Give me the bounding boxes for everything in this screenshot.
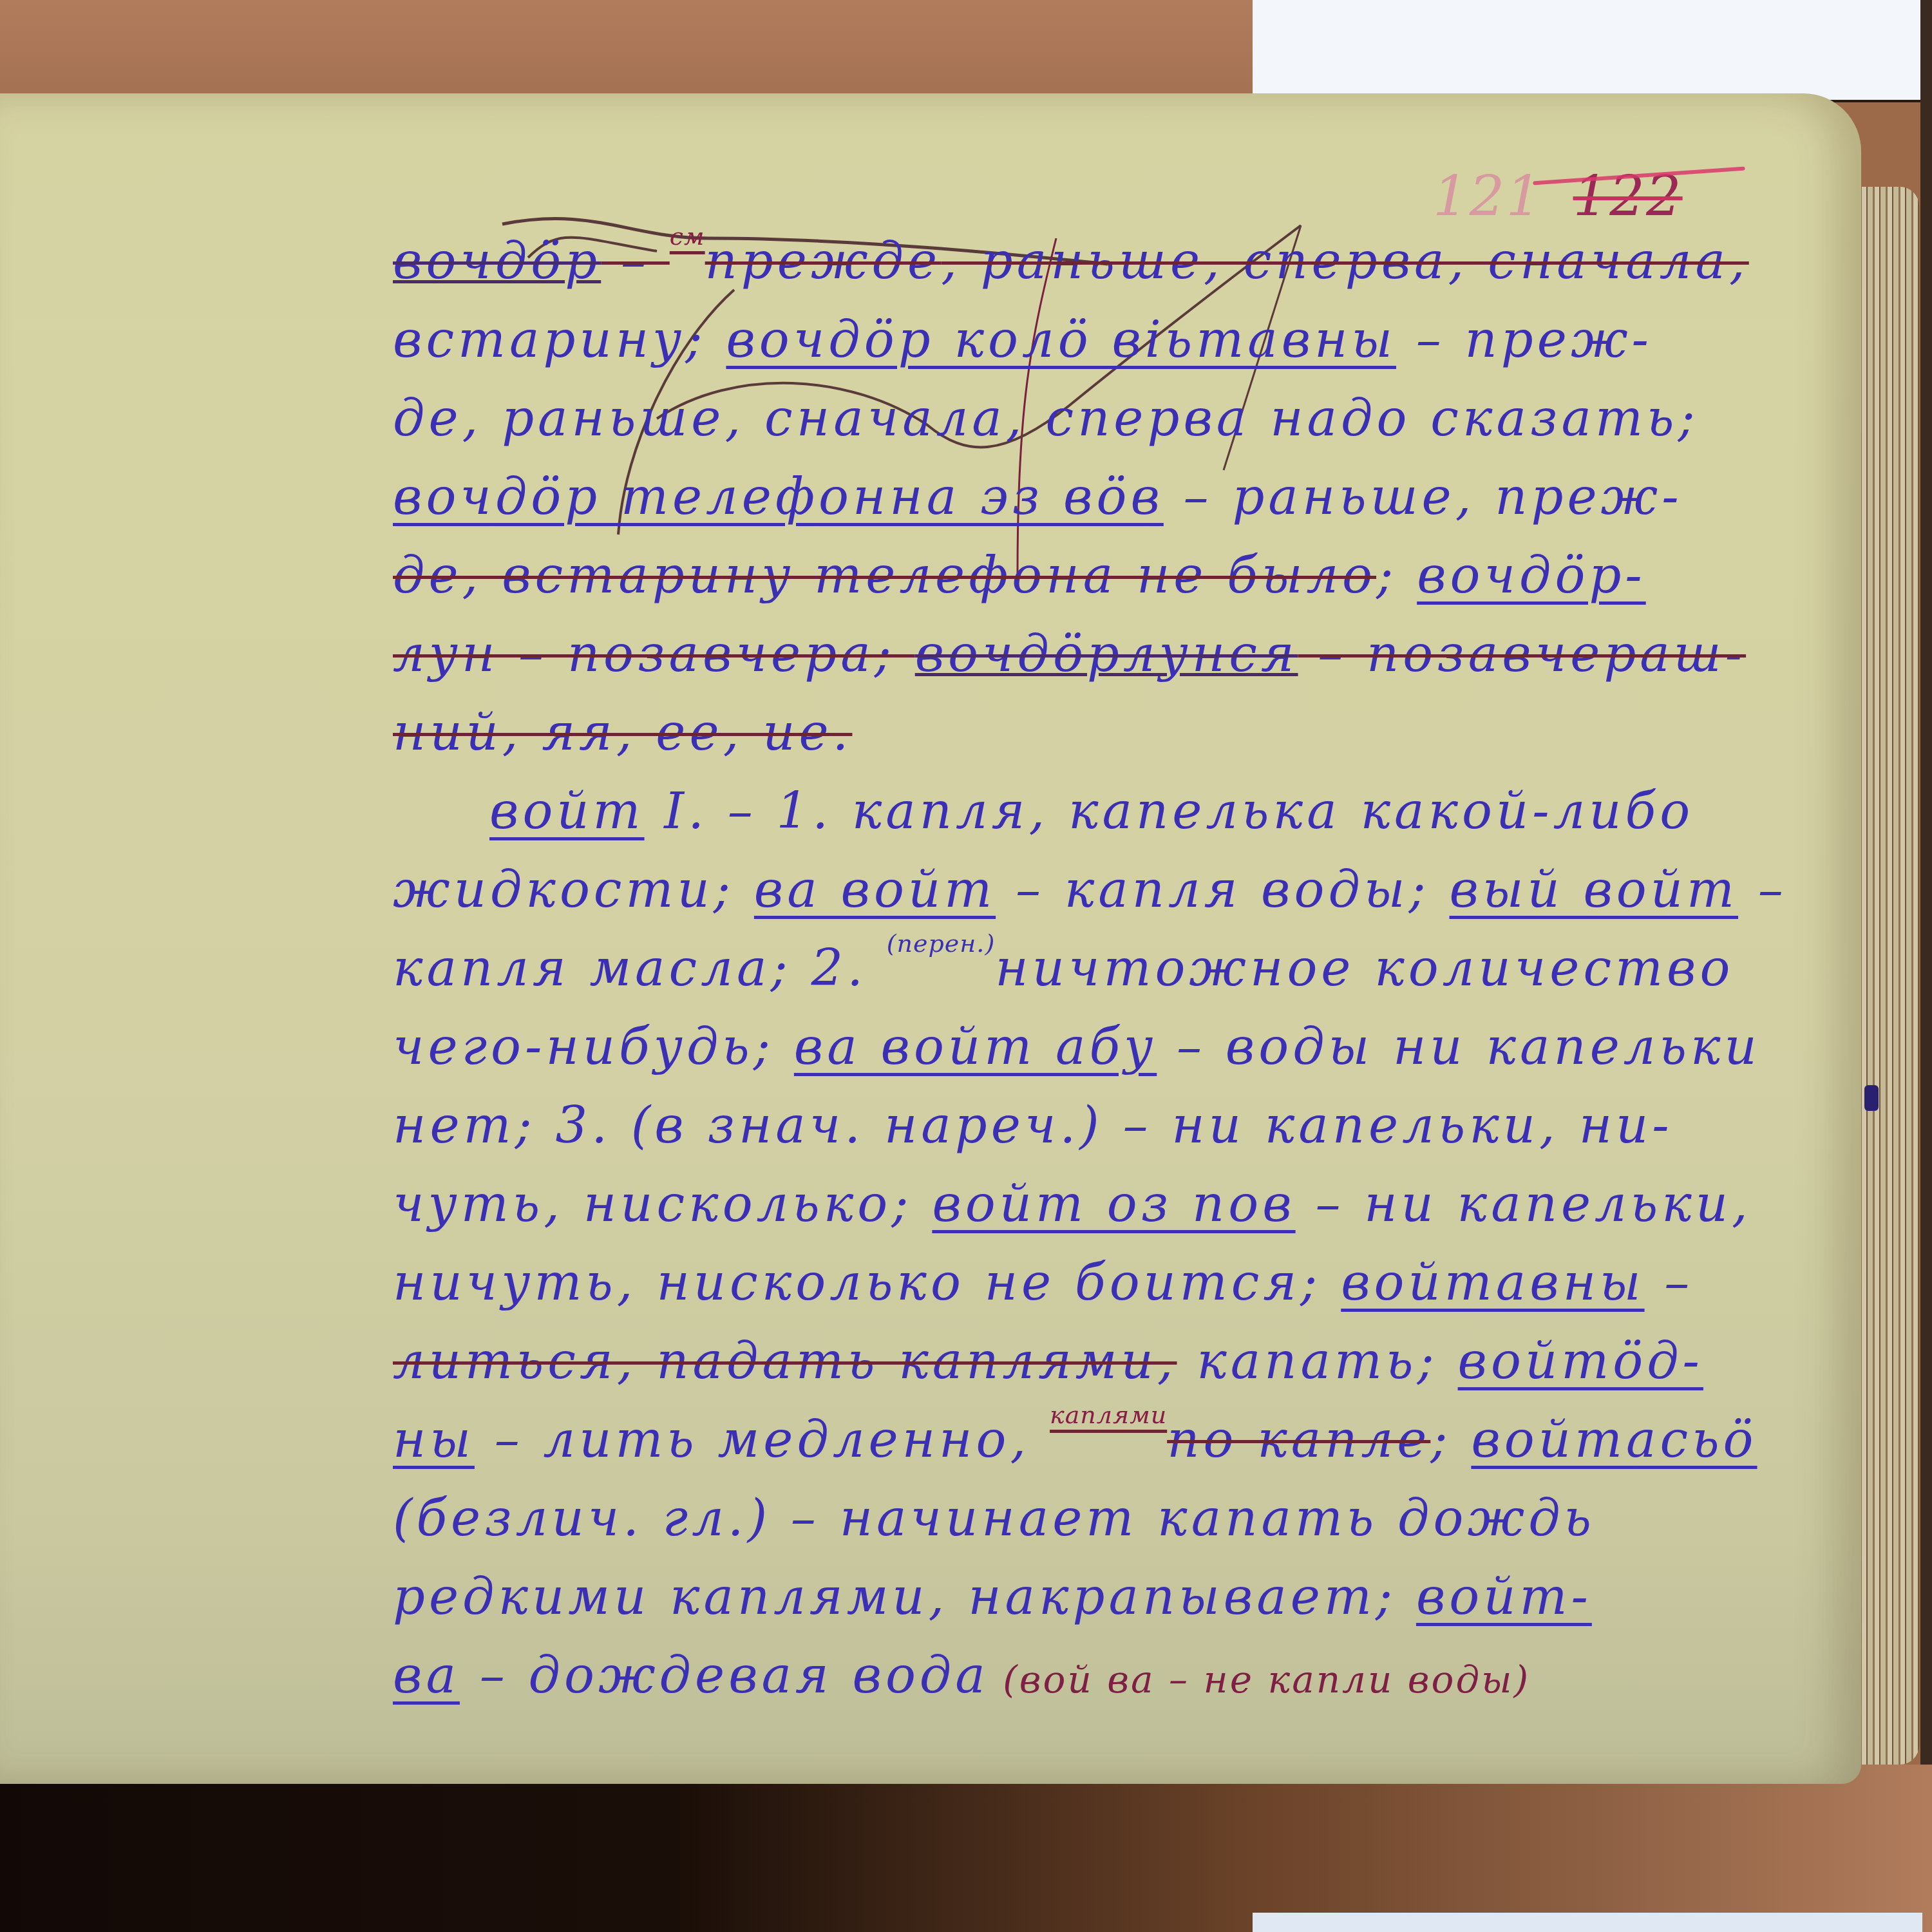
definition-text: I. – 1. капля, капелька какой-либо [645, 782, 1694, 840]
punctuation: ; [1376, 547, 1417, 605]
translation-text: – лить медленно, [475, 1411, 1050, 1469]
definition-text: нет; 3. (в знач. нареч.) – ни капельки, … [393, 1097, 1673, 1155]
text-line-14: ничуть, нисколько не боится; войтавны – [393, 1244, 1829, 1322]
translation-text: капля масла; 2. [393, 940, 887, 998]
translation-text: редкими каплями, накрапывает; [393, 1568, 1416, 1626]
struck-correction: каплямипо капле [1050, 1411, 1430, 1469]
text-line-5: де, встарину телефона не было; вочдӧр- [393, 536, 1829, 615]
dictionary-entry-text: вочдӧр – смпрежде, раньше, сперва, снача… [393, 222, 1829, 1715]
struck-word: смпрежде [670, 232, 941, 290]
translation-text: капать; [1177, 1332, 1457, 1390]
text-line-16: ны – лить медленно, каплямипо капле; вой… [393, 1401, 1829, 1479]
derived-word: ва [393, 1647, 460, 1705]
translation-text: – преж- [1396, 311, 1653, 369]
definition-text: чуть, нисколько; [393, 1175, 932, 1233]
example-phrase: вочдӧр телефонна эз вӧв [393, 468, 1164, 526]
translation-text: ничуть, нисколько не боится; [393, 1254, 1341, 1312]
punctuation: ; [1430, 1411, 1471, 1469]
struck-translation: лун – позавчера; [393, 625, 915, 683]
example-phrase: вый войт [1450, 861, 1739, 919]
text-line-2: встарину; вочдӧр колӧ вiьтавны – преж- [393, 301, 1829, 379]
example-phrase: ва войт [754, 861, 996, 919]
text-line-1: вочдӧр – смпрежде, раньше, сперва, снача… [393, 222, 1829, 301]
struck-translation: ний, яя, ее, ие. [393, 704, 852, 762]
struck-translation: – позавчераш- [1298, 625, 1747, 683]
red-editorial-note: (вой ва – не капли воды) [989, 1658, 1530, 1701]
text-line-13: чуть, нисколько; войт оз пов – ни капель… [393, 1165, 1829, 1244]
text-line-8: войт I. – 1. капля, капелька какой-либо [393, 772, 1829, 851]
dark-edge-strip [1920, 0, 1932, 1932]
definition-text: ничтожное количество [995, 940, 1734, 998]
example-phrase: вочдӧр колӧ вiьтавны [726, 311, 1396, 369]
struck-definition: , раньше, сперва, сначала, [941, 232, 1749, 290]
definition-text: жидкости; [393, 861, 754, 919]
translation-text: де, раньше, сначала, сперва надо сказать… [393, 390, 1699, 448]
text-line-17: (безлич. гл.) – начинает капать дождь [393, 1479, 1829, 1558]
definition-text: встарину; [393, 311, 726, 369]
text-line-19: ва – дождевая вода (вой ва – не капли во… [393, 1636, 1829, 1715]
translation-text: – раньше, преж- [1164, 468, 1683, 526]
folio-current: 121 [1433, 164, 1542, 229]
struck-word-text: по капле [1167, 1411, 1430, 1469]
derived-word: войтасьö [1471, 1411, 1757, 1469]
dash: – [1738, 861, 1787, 919]
example-phrase: ва войт абу [794, 1018, 1157, 1076]
headword-struck: вочдӧр [393, 232, 601, 290]
text-line-11: чего-нибудь; ва войт абу – воды ни капел… [393, 1008, 1829, 1086]
dash-struck: – [601, 232, 670, 290]
derived-word: войтöд- [1458, 1332, 1703, 1390]
insertion-above: (перен.) [887, 929, 996, 958]
dash: – [1645, 1254, 1694, 1312]
text-line-15: литься, падать каплями, капать; войтöд- [393, 1322, 1829, 1401]
table-shadow-area [0, 1765, 1932, 1932]
text-line-18: редкими каплями, накрапывает; войт- [393, 1558, 1829, 1636]
definition-text: (безлич. гл.) – начинает капать дождь [393, 1490, 1595, 1548]
definition-text: чего-нибудь; [393, 1018, 794, 1076]
struck-derived-word: вочдӧрлунся [915, 625, 1298, 683]
white-card-background [1253, 0, 1922, 102]
insertion-above: см [670, 222, 705, 251]
text-line-3: де, раньше, сначала, сперва надо сказать… [393, 379, 1829, 458]
text-line-9: жидкости; ва войт – капля воды; вый войт… [393, 851, 1829, 929]
struck-translation: литься, падать каплями, [393, 1332, 1177, 1390]
text-line-7: ний, яя, ее, ие. [393, 694, 1829, 772]
derived-word: войтавны [1341, 1254, 1644, 1312]
derived-word: войт- [1416, 1568, 1592, 1626]
translation-text: – дождевая вода [460, 1647, 989, 1705]
text-line-6: лун – позавчера; вочдӧрлунся – позавчера… [393, 615, 1829, 694]
translation-text: – ни капельки, [1296, 1175, 1752, 1233]
example-phrase: войт оз пов [932, 1175, 1295, 1233]
headword-voyt: войт [489, 782, 645, 840]
example-phrase: вочдӧр- [1417, 547, 1646, 605]
struck-word-text: прежде [705, 232, 942, 290]
derived-word: ны [393, 1411, 475, 1469]
ink-blot-mark [1864, 1085, 1879, 1111]
text-line-10: капля масла; 2. (перен.)ничтожное количе… [393, 929, 1829, 1008]
insertion-above: каплями [1050, 1401, 1167, 1429]
text-line-4: вочдӧр телефонна эз вӧв – раньше, преж- [393, 458, 1829, 536]
struck-translation: де, встарину телефона не было [393, 547, 1376, 605]
translation-text: – капля воды; [996, 861, 1449, 919]
translation-text: – воды ни капельки [1157, 1018, 1761, 1076]
bottom-card-edge [1253, 1913, 1922, 1932]
text-line-12: нет; 3. (в знач. нареч.) – ни капельки, … [393, 1086, 1829, 1165]
